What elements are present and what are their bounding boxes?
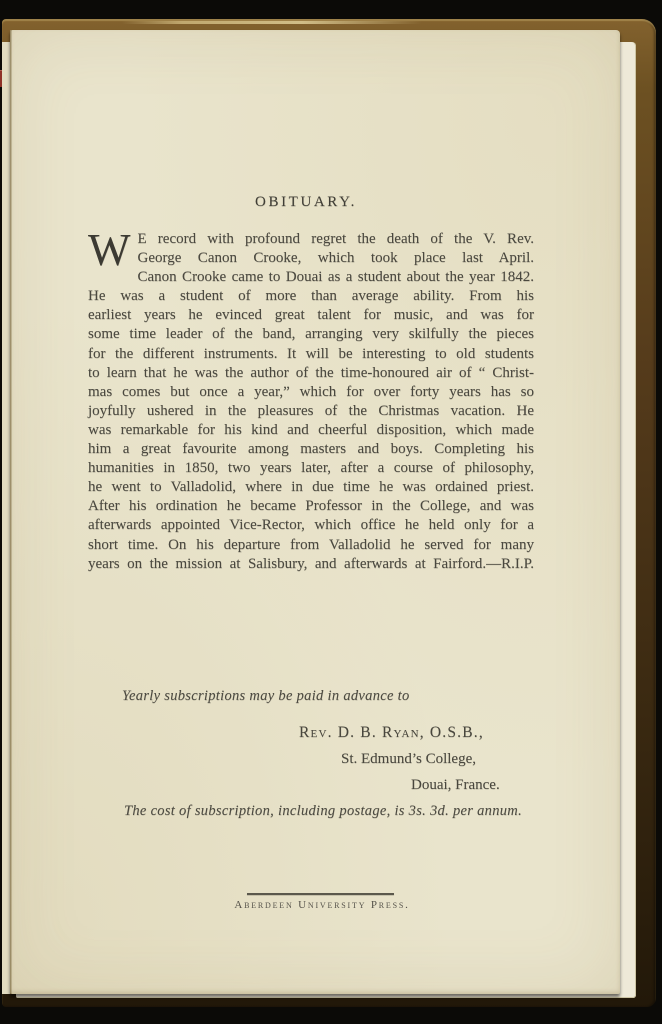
book-page: OBITUARY. W E record with profound regre… [10,30,620,994]
paragraph-lines: E record with profound regret the death … [88,230,534,574]
paragraph-line: for the different instruments. It will b… [88,345,534,364]
paragraph-line: he went to Valladolid, where in due time… [88,478,534,497]
paragraph-line: earliest years he evinced great talent f… [88,306,534,325]
paragraph-line: After his ordination he became Professor… [88,497,534,516]
paragraph-line: mas comes but once a year,” which for ov… [88,383,534,402]
paragraph-line: Canon Crooke came to Douai as a student … [88,268,534,287]
address-line: Douai, France. [411,772,620,798]
paragraph-line: George Canon Crooke, which took place la… [88,249,534,268]
imprint-divider [247,893,394,895]
paragraph-line: some time leader of the band, arranging … [88,325,534,344]
address-block: Rev. D. B. Ryan, O.S.B.,St. Edmund’s Col… [10,720,620,798]
paragraph-line: joyfully ushered in the pleasures of the… [88,402,534,421]
paragraph-line: afterwards appointed Vice-Rector, which … [88,516,534,535]
subscription-cost: The cost of subscription, including post… [124,803,522,820]
paragraph-line: him a great favourite among masters and … [88,440,534,459]
paragraph-line: years on the mission at Salisbury, and a… [88,555,534,574]
paragraph-line: E record with profound regret the death … [88,230,534,249]
paragraph-line: humanities in 1850, two years later, aft… [88,459,534,478]
paragraph-line: to learn that he was the author of the t… [88,364,534,383]
under-page-edge-left [2,42,10,994]
paragraph-line: He was a student of more than average ab… [88,287,534,306]
address-line: Rev. D. B. Ryan, O.S.B., [299,720,620,746]
paragraph-line: short time. On his departure from Vallad… [88,536,534,555]
paragraph-line: was remarkable for his kind and cheerful… [88,421,534,440]
address-line: St. Edmund’s College, [341,746,620,772]
drop-cap: W [88,230,130,270]
imprint-text: Aberdeen University Press. [10,899,634,911]
obituary-paragraph: W E record with profound regret the deat… [88,230,534,574]
book-photograph: OBITUARY. W E record with profound regre… [0,0,662,1024]
subscription-intro: Yearly subscriptions may be paid in adva… [122,688,410,705]
page-title: OBITUARY. [59,194,553,211]
